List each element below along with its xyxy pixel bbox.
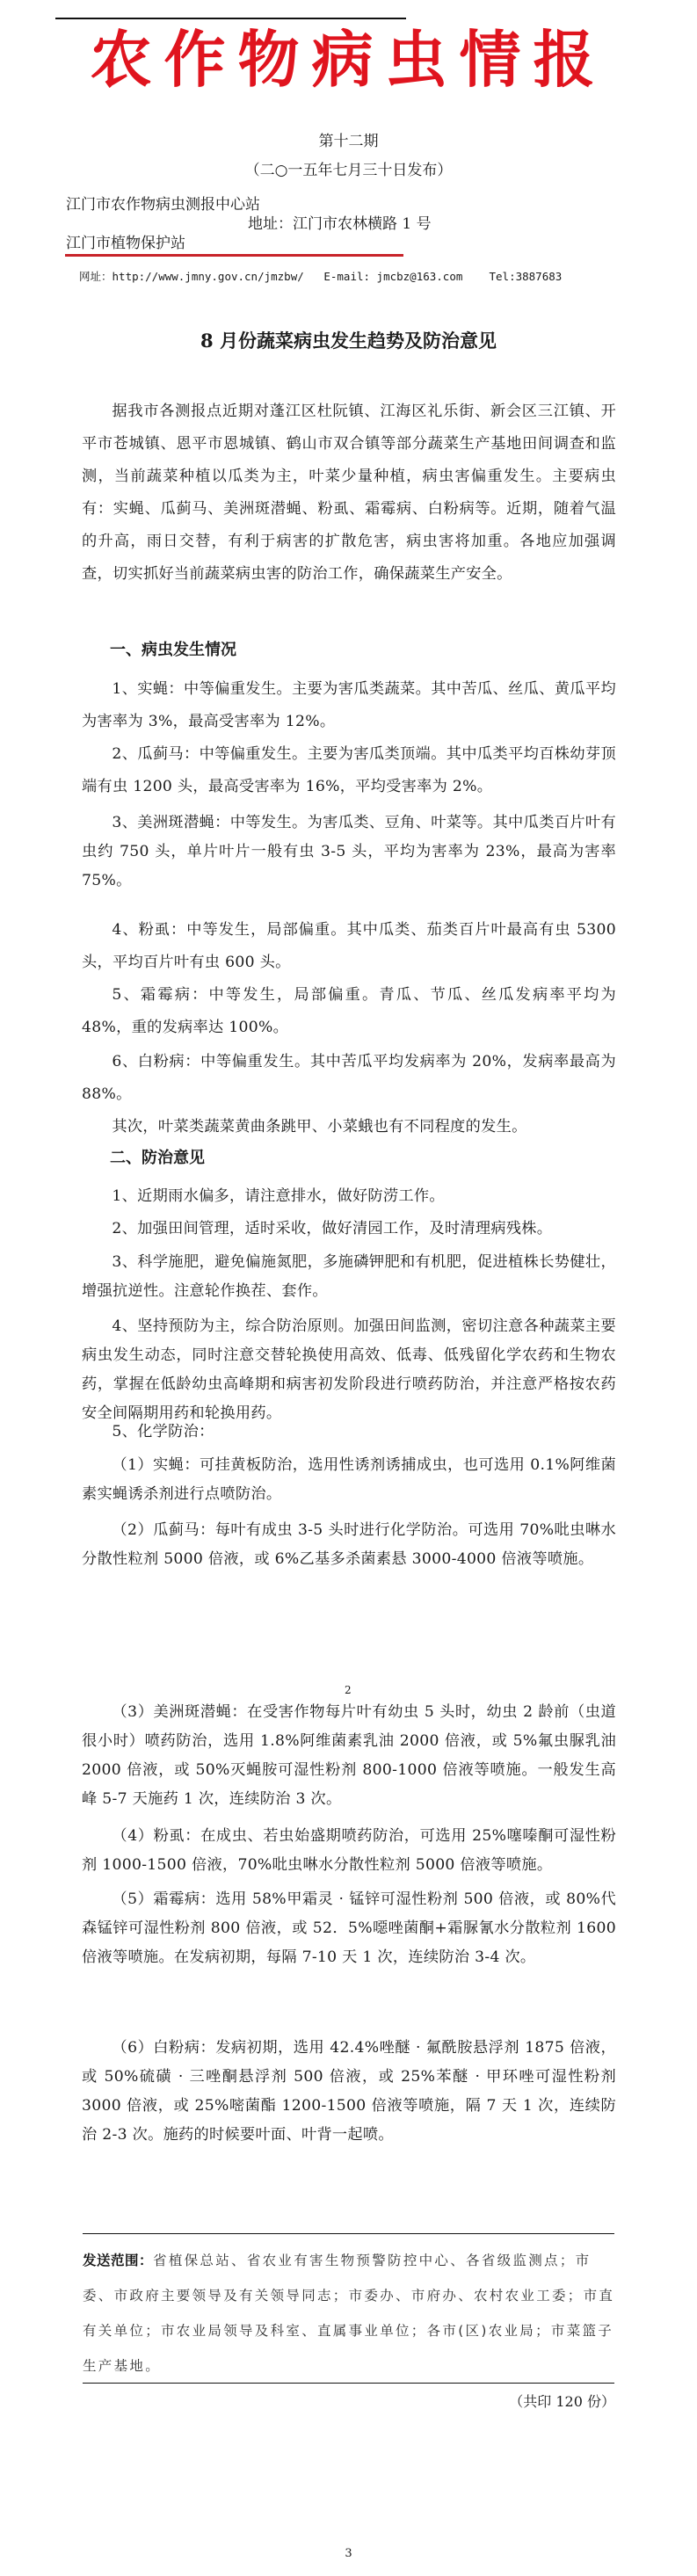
header-red-rule (65, 254, 403, 257)
masthead-title: 农作物病虫情报 (0, 25, 697, 95)
issuing-org-1: 江门市农作物病虫测报中心站 (66, 192, 260, 214)
chemical-control-6: （6）白粉病：发病初期，选用 42.4%唑醚 · 氟酰胺悬浮剂 1875 倍液，… (82, 2034, 616, 2150)
occurrence-item-3: 3、美洲斑潜蝇：中等发生。为害瓜类、豆角、叶菜等。其中瓜类百片叶有虫约 750 … (82, 809, 616, 896)
issue-number: 第十二期 (0, 128, 697, 150)
email-link[interactable]: E-mail: jmcbz@163.com (323, 270, 462, 283)
distribution-text: 省植保总站、省农业有害生物预警防控中心、各省级监测点；市委、市政府主要领导及有关… (83, 2253, 614, 2374)
control-item-3: 3、科学施肥，避免偏施氮肥，多施磷钾肥和有机肥，促进植株长势健壮，增强抗逆性。注… (82, 1248, 616, 1306)
section-heading-control: 二、防治意见 (110, 1145, 205, 1168)
chemical-control-2: （2）瓜蓟马：每叶有成虫 3-5 头时进行化学防治。可选用 70%吡虫啉水分散性… (82, 1516, 616, 1574)
chemical-control-5: （5）霜霉病：选用 58%甲霜灵 · 锰锌可湿性粉剂 500 倍液，或 80%代… (82, 1885, 616, 1972)
website-label: 网址： (79, 270, 113, 283)
occurrence-item-6: 6、白粉病：中等偏重发生。其中苦瓜平均发病率为 20%，发病率最高为 88%。 (82, 1046, 616, 1111)
control-item-1: 1、近期雨水偏多，请注意排水，做好防涝工作。 (82, 1182, 616, 1211)
page-number: 3 (0, 2547, 697, 2560)
address: 地址：江门市农林横路 1 号 (248, 211, 432, 233)
article-title: 8 月份蔬菜病虫发生趋势及防治意见 (0, 327, 697, 353)
control-item-4: 4、坚持预防为主，综合防治原则。加强田间监测，密切注意各种蔬菜主要病虫发生动态，… (82, 1312, 616, 1428)
control-item-5: 5、化学防治： (82, 1418, 616, 1447)
occurrence-item-4: 4、粉虱：中等发生，局部偏重。其中瓜类、茄类百片叶最高有虫 5300 头，平均百… (82, 914, 616, 979)
chemical-control-1: （1）实蝇：可挂黄板防治，选用性诱剂诱捕成虫，也可选用 0.1%阿维菌素实蝇诱杀… (82, 1451, 616, 1509)
distribution-top-rule (83, 2233, 614, 2234)
contact-line: 网址：http://www.jmny.gov.cn/jmzbw/ E-mail:… (79, 268, 562, 284)
chemical-control-3: （3）美洲斑潜蝇：在受害作物每片叶有幼虫 5 头时，幼虫 2 龄前（虫道很小时）… (82, 1698, 616, 1814)
publish-date: （二○一五年七月三十日发布） (0, 157, 697, 179)
section-heading-occurrence: 一、病虫发生情况 (110, 637, 236, 660)
distribution-list: 发送范围：省植保总站、省农业有害生物预警防控中心、各省级监测点；市委、市政府主要… (83, 2243, 617, 2384)
inner-page-marker: 2 (345, 1684, 352, 1696)
issuing-org-2: 江门市植物保护站 (66, 230, 185, 252)
distribution-bottom-rule (83, 2383, 614, 2384)
header-top-rule (55, 18, 406, 19)
occurrence-note: 其次，叶菜类蔬菜黄曲条跳甲、小菜蛾也有不同程度的发生。 (82, 1111, 616, 1143)
telephone: Tel:3887683 (490, 270, 563, 283)
occurrence-item-5: 5、霜霉病：中等发生，局部偏重。青瓜、节瓜、丝瓜发病率平均为 48%，重的发病率… (82, 979, 616, 1044)
website-link[interactable]: http://www.jmny.gov.cn/jmzbw/ (113, 270, 304, 283)
occurrence-item-2: 2、瓜蓟马：中等偏重发生。主要为害瓜类顶端。其中瓜类平均百株幼芽顶端有虫 120… (82, 738, 616, 803)
control-item-2: 2、加强田间管理，适时采收，做好清园工作，及时清理病残株。 (82, 1215, 616, 1244)
distribution-label: 发送范围： (83, 2253, 153, 2268)
intro-paragraph: 据我市各测报点近期对蓬江区杜阮镇、江海区礼乐街、新会区三江镇、开平市苍城镇、恩平… (82, 395, 616, 591)
occurrence-item-1: 1、实蝇：中等偏重发生。主要为害瓜类蔬菜。其中苦瓜、丝瓜、黄瓜平均为害率为 3%… (82, 673, 616, 738)
print-copies: （共印 120 份） (509, 2391, 615, 2411)
chemical-control-4: （4）粉虱：在成虫、若虫始盛期喷药防治，可选用 25%噻嗪酮可湿性粉剂 1000… (82, 1822, 616, 1880)
